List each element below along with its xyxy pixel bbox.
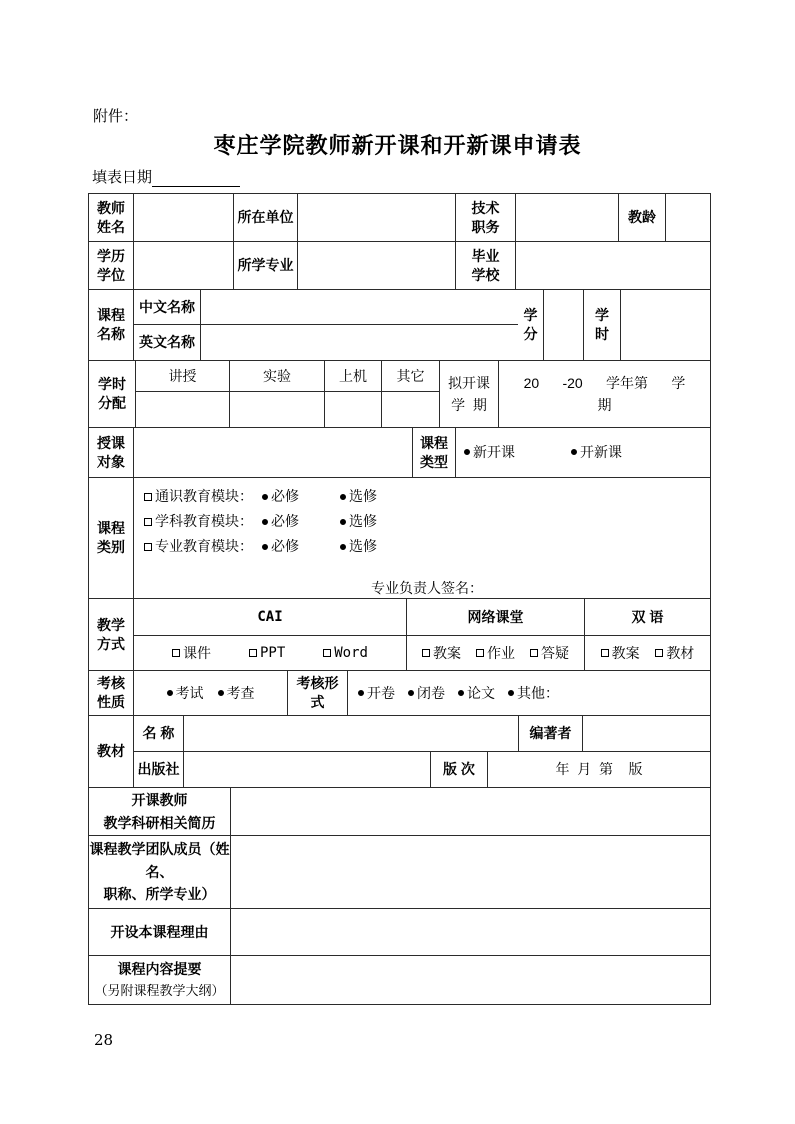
application-form-table: 教师姓名 所在单位 技术职务 教龄 学历学位 所学专业 毕业学校 课程名称 中文… xyxy=(88,193,711,1005)
course-type-label: 课程类型 xyxy=(413,428,456,477)
assessment-form-label: 考核形式 xyxy=(288,671,348,715)
option-bilingual-lesson-plan: 教案 xyxy=(601,644,640,663)
tech-title-value xyxy=(516,194,619,241)
row-teaching-team: 课程教学团队成员（姓名、 职称、所学专业） xyxy=(89,836,710,909)
course-category-label: 课程类别 xyxy=(89,478,134,598)
radio-icon xyxy=(458,690,464,696)
course-type-options: 新开课 开新课 xyxy=(456,428,710,477)
online-options: 教案 作业 答疑 xyxy=(407,636,584,670)
lecture-value xyxy=(136,392,229,427)
credit-value xyxy=(544,290,584,360)
page-number: 28 xyxy=(94,1031,113,1049)
teacher-resume-value xyxy=(231,788,710,835)
teacher-name-label: 教师姓名 xyxy=(89,194,134,241)
tech-title-label: 技术职务 xyxy=(456,194,516,241)
checkbox-icon xyxy=(144,493,152,501)
publisher-value xyxy=(184,752,431,787)
fill-date: 填表日期 xyxy=(92,166,240,187)
bilingual-header: 双 语 xyxy=(585,599,710,635)
teacher-resume-label: 开课教师 教学科研相关简历 xyxy=(89,788,231,835)
book-name-value xyxy=(184,716,519,751)
unit-value xyxy=(298,194,456,241)
hours-label: 学时 xyxy=(584,290,621,360)
cn-name-value xyxy=(201,290,518,324)
radio-icon xyxy=(262,519,268,525)
option-open-book: 开卷 xyxy=(358,684,395,703)
row-degree: 学历学位 所学专业 毕业学校 xyxy=(89,242,710,290)
row-assessment: 考核性质 考试 考查 考核形式 开卷 闭卷 论文 其他： xyxy=(89,671,710,716)
module-line-discipline: 学科教育模块： 必修 选修 xyxy=(144,509,377,534)
checkbox-icon xyxy=(422,649,430,657)
course-category-content: 通识教育模块： 必修 选修 学科教育模块： 必修 选修 专业教育模块： 必修 选… xyxy=(134,478,710,598)
checkbox-icon xyxy=(144,518,152,526)
teaching-age-label: 教龄 xyxy=(619,194,666,241)
teaching-target-value xyxy=(134,428,413,477)
option-closed-book: 闭卷 xyxy=(408,684,445,703)
degree-label: 学历学位 xyxy=(89,242,134,289)
module-line-general: 通识教育模块： 必修 选修 xyxy=(144,484,377,509)
radio-icon xyxy=(571,449,577,455)
radio-icon xyxy=(340,544,346,550)
degree-value xyxy=(134,242,234,289)
checkbox-icon xyxy=(476,649,484,657)
course-reason-value xyxy=(231,909,710,955)
teaching-team-label: 课程教学团队成员（姓名、 职称、所学专业） xyxy=(89,836,231,908)
cn-name-label: 中文名称 xyxy=(134,290,201,324)
publisher-label: 出版社 xyxy=(134,752,184,787)
lab-label: 实验 xyxy=(230,361,324,391)
radio-icon xyxy=(218,690,224,696)
radio-icon xyxy=(262,494,268,500)
computer-label: 上机 xyxy=(325,361,381,391)
module-line-professional: 专业教育模块： 必修 选修 xyxy=(144,534,377,559)
radio-icon xyxy=(508,690,514,696)
row-teaching-method: 教学方式 CAI 课件 PPT Word 网络课堂 教案 作业 xyxy=(89,599,710,671)
option-bilingual-textbook: 教材 xyxy=(655,644,694,663)
en-name-label: 英文名称 xyxy=(134,325,201,360)
row-teacher-resume: 开课教师 教学科研相关简历 xyxy=(89,788,710,836)
option-inspection: 考查 xyxy=(218,684,255,703)
semester-value: 20 -20 学年第 学 期 xyxy=(499,361,710,427)
checkbox-icon xyxy=(172,649,180,657)
row-hour-allocation: 学时分配 讲授 实验 上机 其它 拟开课 学 期 20 xyxy=(89,361,710,428)
page-title: 枣庄学院教师新开课和开新课申请表 xyxy=(0,129,795,160)
course-reason-label: 开设本课程理由 xyxy=(89,909,231,955)
radio-icon xyxy=(340,519,346,525)
online-class-header: 网络课堂 xyxy=(407,599,584,635)
option-other: 其他： xyxy=(508,684,559,703)
teaching-team-value xyxy=(231,836,710,908)
cai-header: CAI xyxy=(134,599,406,635)
row-content-summary: 课程内容提要 （另附课程教学大纲） xyxy=(89,956,710,1004)
radio-icon xyxy=(408,690,414,696)
edition-value: 年 月 第 版 xyxy=(488,752,710,787)
textbook-label: 教材 xyxy=(89,716,134,787)
grad-school-label: 毕业学校 xyxy=(456,242,516,289)
radio-icon xyxy=(262,544,268,550)
radio-icon xyxy=(464,449,470,455)
computer-value xyxy=(325,392,381,427)
content-summary-value xyxy=(231,956,710,1004)
other-hours-value xyxy=(382,392,439,427)
credit-label: 学分 xyxy=(518,290,544,360)
option-exam: 考试 xyxy=(167,684,204,703)
row-course-reason: 开设本课程理由 xyxy=(89,909,710,956)
option-new-course: 新开课 xyxy=(464,443,515,462)
fill-date-label: 填表日期 xyxy=(92,169,152,186)
teaching-method-label: 教学方式 xyxy=(89,599,134,670)
hour-allocation-label: 学时分配 xyxy=(89,361,136,427)
option-thesis: 论文 xyxy=(458,684,495,703)
author-value xyxy=(583,716,710,751)
lecture-label: 讲授 xyxy=(136,361,229,391)
supervisor-signature-label: 专业负责人签名： xyxy=(144,579,710,598)
checkbox-icon xyxy=(249,649,257,657)
option-open-new-course: 开新课 xyxy=(571,443,622,462)
option-lesson-plan: 教案 xyxy=(422,644,461,663)
checkbox-icon xyxy=(655,649,663,657)
assessment-form-options: 开卷 闭卷 论文 其他： xyxy=(348,671,710,715)
book-name-label: 名 称 xyxy=(134,716,184,751)
cai-options: 课件 PPT Word xyxy=(134,636,406,670)
checkbox-icon xyxy=(601,649,609,657)
teaching-age-value xyxy=(666,194,710,241)
assessment-nature-options: 考试 考查 xyxy=(134,671,288,715)
unit-label: 所在单位 xyxy=(234,194,298,241)
teacher-name-value xyxy=(134,194,234,241)
option-homework: 作业 xyxy=(476,644,515,663)
row-course-category: 课程类别 通识教育模块： 必修 选修 学科教育模块： 必修 选修 专业教育模块：… xyxy=(89,478,710,599)
row-course-name: 课程名称 中文名称 英文名称 学分 学时 xyxy=(89,290,710,361)
attachment-label: 附件： xyxy=(93,105,138,126)
grad-school-value xyxy=(516,242,710,289)
semester-label: 拟开课 学 期 xyxy=(439,361,499,427)
radio-icon xyxy=(358,690,364,696)
radio-icon xyxy=(340,494,346,500)
checkbox-icon xyxy=(530,649,538,657)
course-name-label: 课程名称 xyxy=(89,290,134,360)
major-value xyxy=(298,242,456,289)
en-name-value xyxy=(201,325,518,360)
author-label: 编著者 xyxy=(519,716,583,751)
option-word: Word xyxy=(323,644,368,663)
hours-value xyxy=(621,290,710,360)
document-page: 附件： 枣庄学院教师新开课和开新课申请表 填表日期 教师姓名 所在单位 技术职务… xyxy=(0,0,795,1124)
option-ppt: PPT xyxy=(249,644,285,663)
lab-value xyxy=(230,392,324,427)
edition-label: 版 次 xyxy=(431,752,488,787)
other-hours-label: 其它 xyxy=(382,361,439,391)
checkbox-icon xyxy=(144,543,152,551)
option-courseware: 课件 xyxy=(172,644,211,663)
checkbox-icon xyxy=(323,649,331,657)
bilingual-options: 教案 教材 xyxy=(585,636,710,670)
major-label: 所学专业 xyxy=(234,242,298,289)
content-summary-label: 课程内容提要 （另附课程教学大纲） xyxy=(89,956,231,1004)
row-teacher-basic: 教师姓名 所在单位 技术职务 教龄 xyxy=(89,194,710,242)
row-teaching-target: 授课对象 课程类型 新开课 开新课 xyxy=(89,428,710,478)
assessment-nature-label: 考核性质 xyxy=(89,671,134,715)
option-qa: 答疑 xyxy=(530,644,569,663)
radio-icon xyxy=(167,690,173,696)
row-textbook: 教材 名 称 编著者 出版社 版 次 年 月 第 版 xyxy=(89,716,710,788)
teaching-target-label: 授课对象 xyxy=(89,428,134,477)
fill-date-blank-line xyxy=(152,172,240,187)
